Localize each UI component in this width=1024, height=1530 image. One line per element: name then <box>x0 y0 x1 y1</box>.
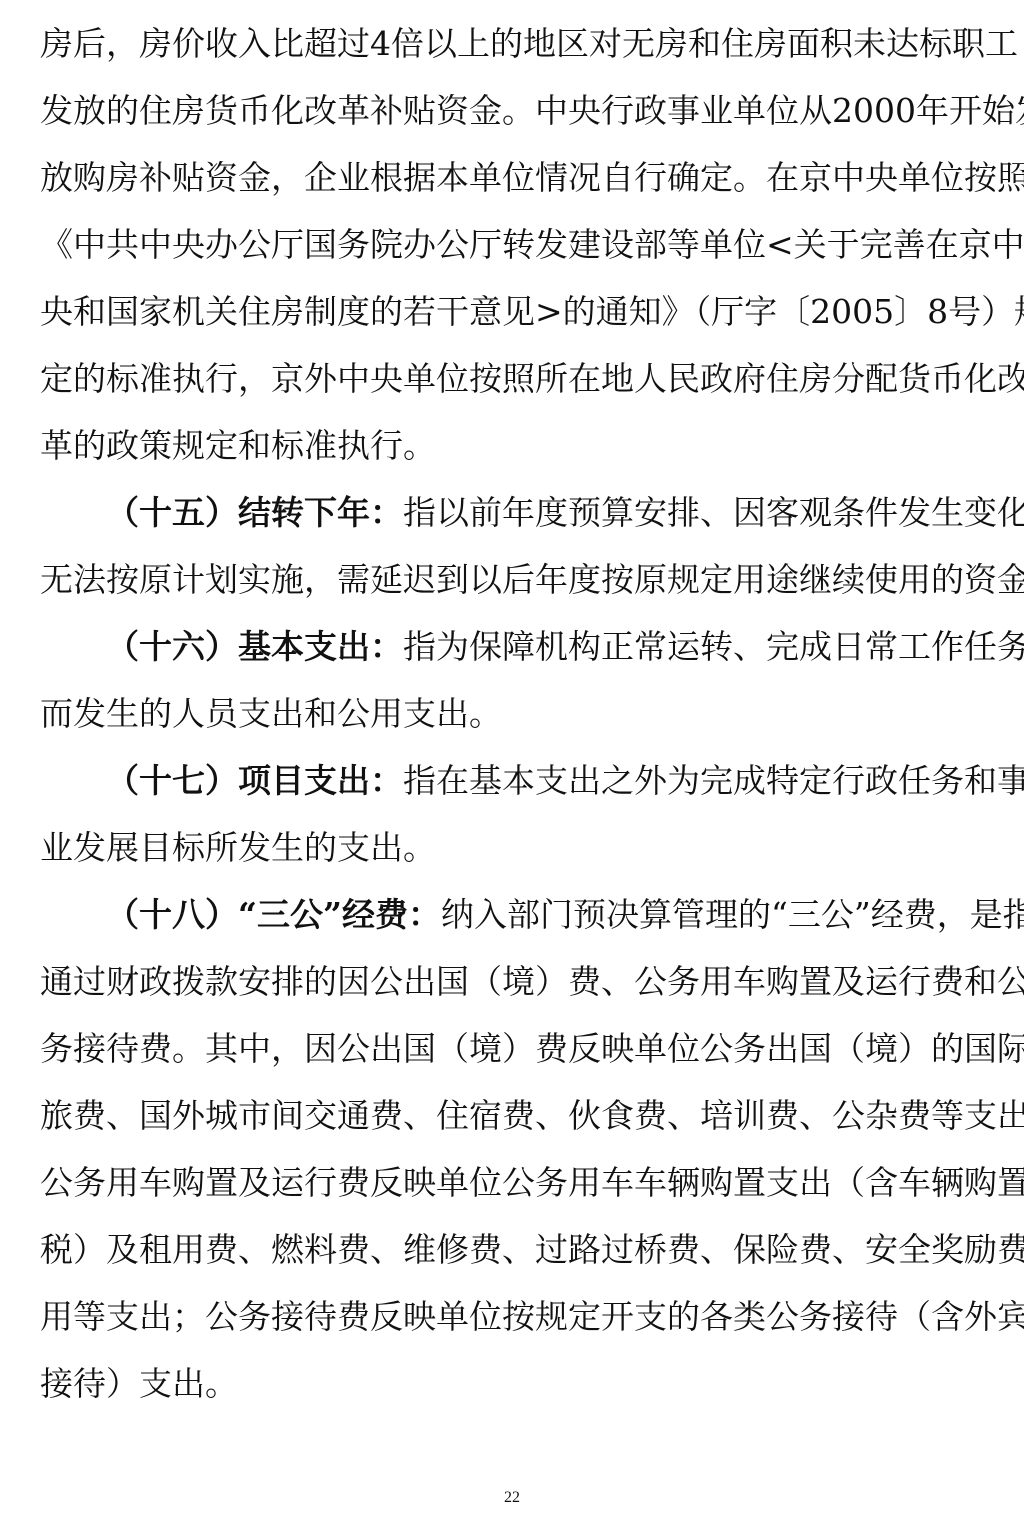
section-18-line: 用等支出；公务接待费反映单位按规定开支的各类公务接待（含外宾 <box>40 1297 1000 1337</box>
section-16-text: 指为保障机构正常运转、完成日常工作任务 <box>403 627 1024 666</box>
section-18-heading-line: （十八）“三公”经费：纳入部门预决算管理的“三公”经费，是指 <box>106 895 1000 935</box>
page-number: 22 <box>0 1488 1024 1508</box>
section-18-line: 税）及租用费、燃料费、维修费、过路过桥费、保险费、安全奖励费 <box>40 1230 1000 1270</box>
section-18-line: 公务用车购置及运行费反映单位公务用车车辆购置支出（含车辆购置 <box>40 1163 1000 1203</box>
section-18-line: 通过财政拨款安排的因公出国（境）费、公务用车购置及运行费和公 <box>40 962 1000 1002</box>
section-18-line: 旅费、国外城市间交通费、住宿费、伙食费、培训费、公杂费等支出； <box>40 1096 1000 1136</box>
paragraph-line: 《中共中央办公厅国务院办公厅转发建设部等单位<关于完善在京中 <box>40 225 1000 265</box>
section-17-line: 业发展目标所发生的支出。 <box>40 828 1000 868</box>
section-15-text: 指以前年度预算安排、因客观条件发生变化 <box>403 493 1024 532</box>
section-15-line: 无法按原计划实施，需延迟到以后年度按原规定用途继续使用的资金。 <box>40 560 1000 600</box>
section-18-term: （十八）“三公”经费： <box>106 895 441 934</box>
section-15-heading-line: （十五）结转下年：指以前年度预算安排、因客观条件发生变化 <box>106 493 1000 533</box>
section-18-line: 接待）支出。 <box>40 1364 1000 1404</box>
section-16-term: （十六）基本支出： <box>106 627 403 666</box>
section-15-term: （十五）结转下年： <box>106 493 403 532</box>
section-18-text: 纳入部门预决算管理的“三公”经费，是指 <box>441 895 1024 934</box>
section-16-heading-line: （十六）基本支出：指为保障机构正常运转、完成日常工作任务 <box>106 627 1000 667</box>
section-18-line: 务接待费。其中，因公出国（境）费反映单位公务出国（境）的国际 <box>40 1029 1000 1069</box>
section-16-line: 而发生的人员支出和公用支出。 <box>40 694 1000 734</box>
document-page: 房后，房价收入比超过4倍以上的地区对无房和住房面积未达标职工 发放的住房货币化改… <box>0 0 1024 1530</box>
paragraph-line: 央和国家机关住房制度的若干意见>的通知》（厅字〔2005〕8号）规 <box>40 292 1000 332</box>
paragraph-line: 发放的住房货币化改革补贴资金。中央行政事业单位从2000年开始发 <box>40 91 1000 131</box>
section-17-term: （十七）项目支出： <box>106 761 403 800</box>
paragraph-line: 放购房补贴资金，企业根据本单位情况自行确定。在京中央单位按照 <box>40 158 1000 198</box>
paragraph-line: 革的政策规定和标准执行。 <box>40 426 1000 466</box>
section-17-heading-line: （十七）项目支出：指在基本支出之外为完成特定行政任务和事 <box>106 761 1000 801</box>
paragraph-line: 定的标准执行，京外中央单位按照所在地人民政府住房分配货币化改 <box>40 359 1000 399</box>
section-17-text: 指在基本支出之外为完成特定行政任务和事 <box>403 761 1024 800</box>
paragraph-line: 房后，房价收入比超过4倍以上的地区对无房和住房面积未达标职工 <box>40 24 1000 64</box>
